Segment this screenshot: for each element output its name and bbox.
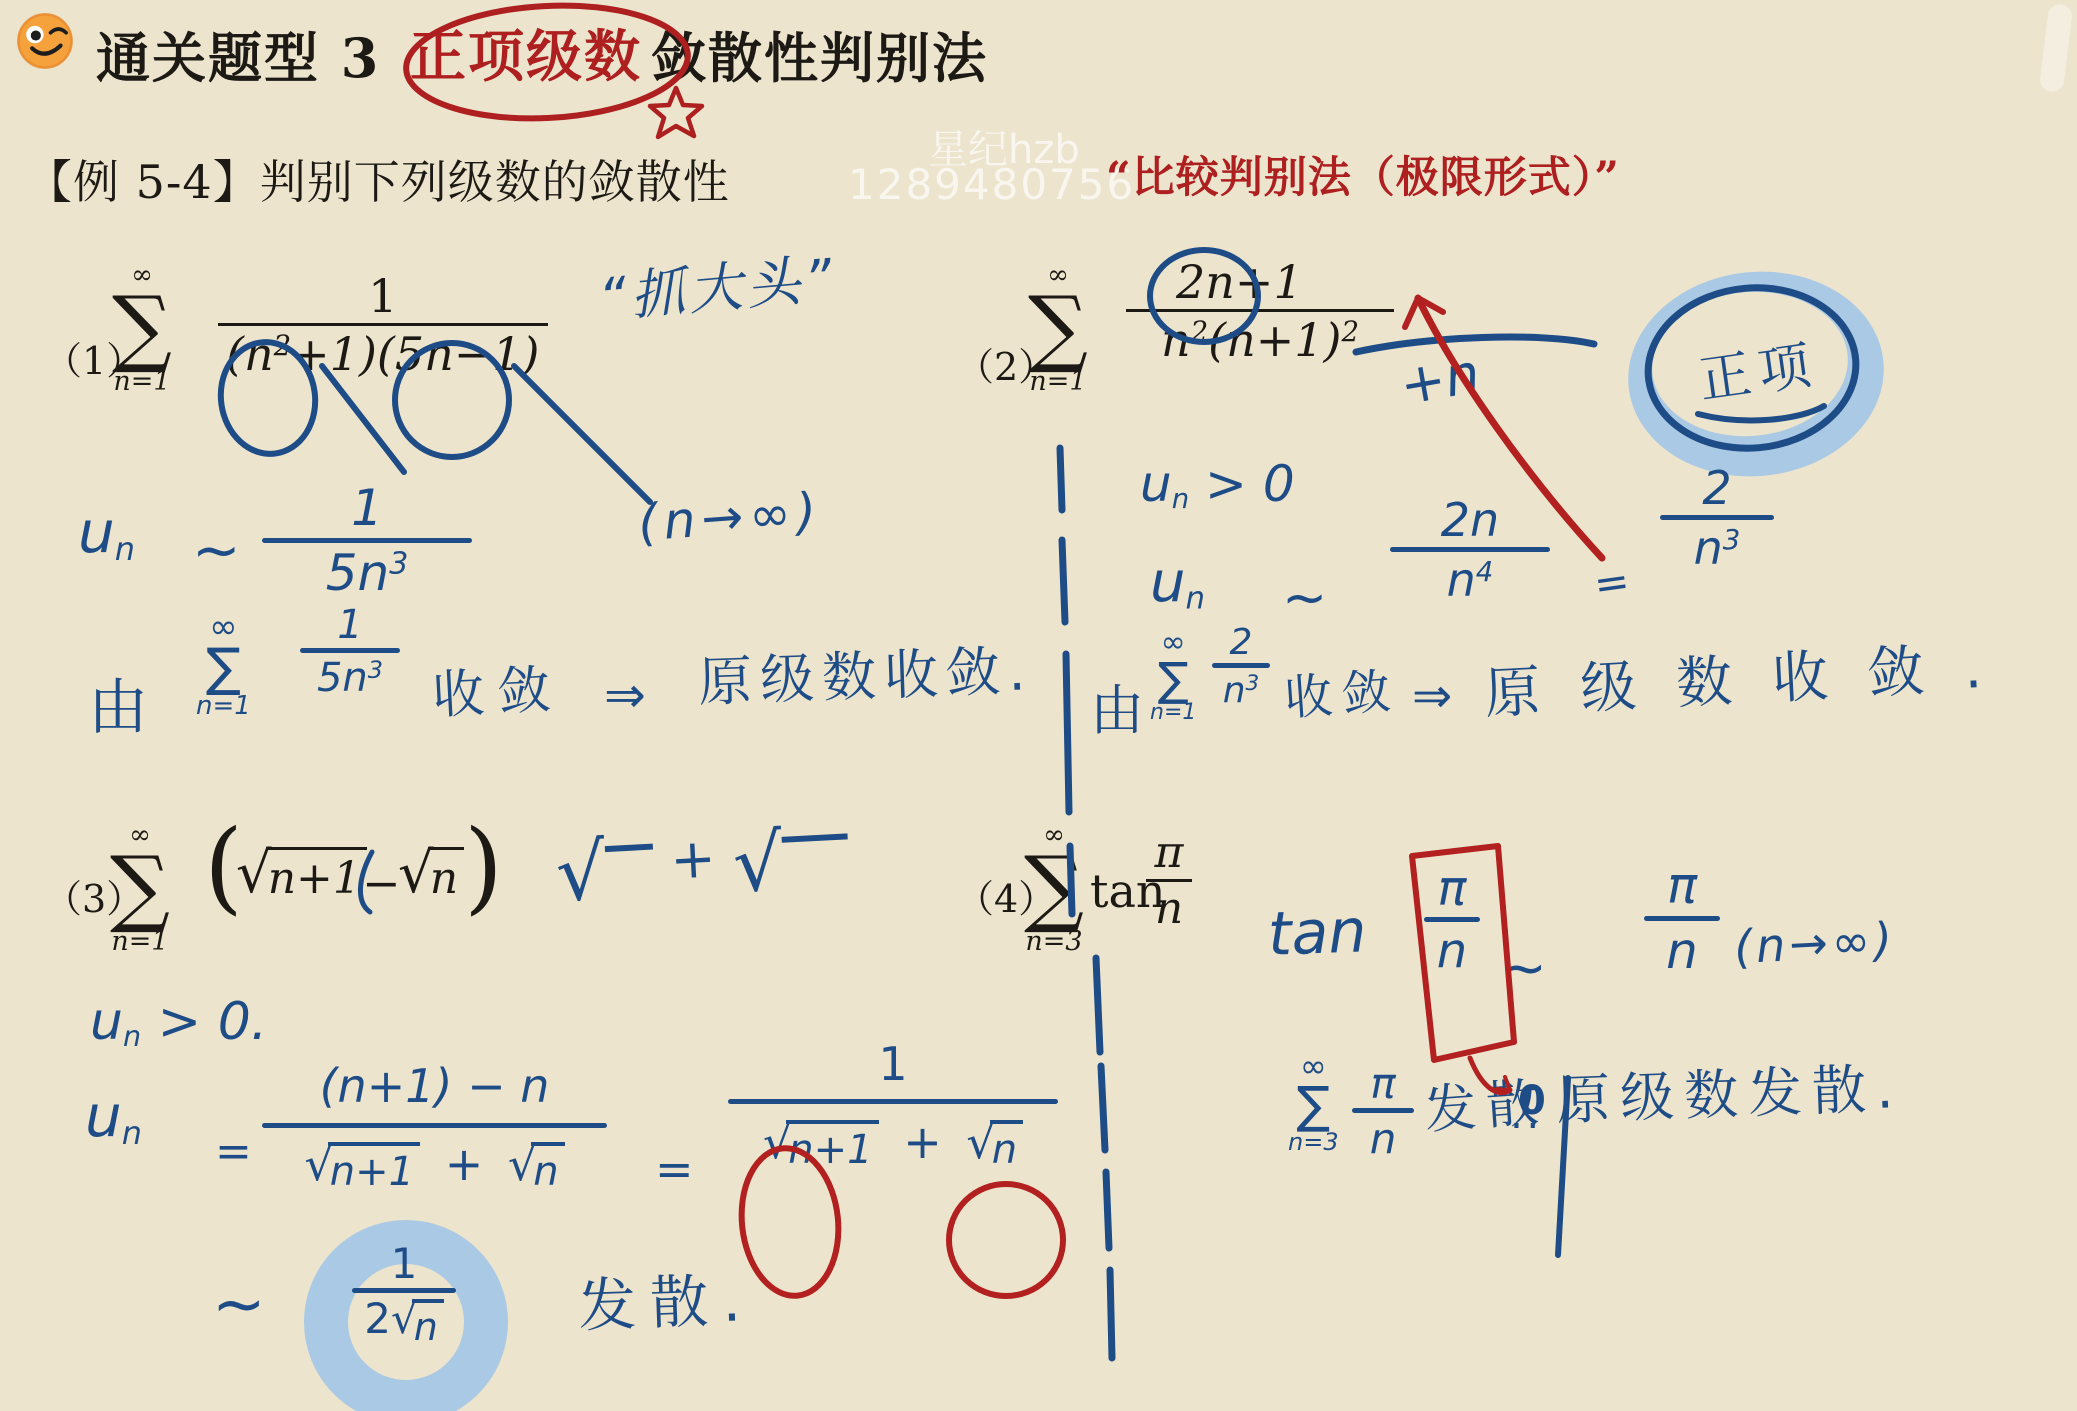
p2-work-eq: = xyxy=(1591,556,1633,609)
p1-work-sim: ~ xyxy=(192,516,241,584)
page-title-highlight: 正项级数 xyxy=(410,13,642,93)
p1-frac-den: (n2+1)(5n−1) xyxy=(218,326,548,381)
p1-concl-sum: ∞ ∑ n=1 xyxy=(196,610,251,719)
p2-conclusion-text: 原级数收敛. xyxy=(1482,622,2023,730)
p1-work-frac: 1 5n3 xyxy=(262,480,472,602)
p1-conclusion-text: 原级数收敛. xyxy=(697,628,1035,717)
p2-red-strike-arrowhead xyxy=(1405,298,1443,327)
p4-work-frac2: π n xyxy=(1644,858,1720,980)
p3-work-frac3: 1 2√n xyxy=(352,1240,456,1350)
p1-strike-minus1 xyxy=(514,366,650,502)
p3-hint-radicals: √ + √ xyxy=(554,814,851,919)
p2-frac-den: n2(n+1)2 xyxy=(1153,312,1367,367)
p3-minus: − xyxy=(362,856,401,910)
wink-emoji-icon xyxy=(12,8,78,78)
p4-concl-sum: ∞ ∑ n=3 xyxy=(1288,1050,1339,1154)
example-heading: 【例 5-4】判别下列级数的敛散性 xyxy=(26,146,730,212)
p2-work-sim: ~ xyxy=(1282,566,1327,629)
p1-sum: ∞ ∑ n=1 xyxy=(112,262,172,395)
p2-work-frac2: 2 n3 xyxy=(1660,462,1774,575)
p3-sqrt2: √ n xyxy=(398,846,464,904)
p2-concl-frac: 2 n3 xyxy=(1212,622,1270,712)
p2-frac-num: 2n+1 xyxy=(1168,256,1311,309)
p2-bubble-text: 正项 xyxy=(1693,322,1822,413)
p3-work-eq2: = xyxy=(655,1142,694,1196)
p1-frac-num: 1 xyxy=(360,270,405,323)
p3-work-eq1: = xyxy=(215,1126,252,1177)
p3-work-sim: ~ xyxy=(212,1268,266,1342)
p1-sum-sigma: ∑ xyxy=(112,288,172,368)
title-red-star-icon xyxy=(650,88,702,137)
p1-work-un: un xyxy=(78,498,135,568)
p1-concl-you: 由 xyxy=(88,660,148,746)
p3-close-paren: ) xyxy=(464,812,503,922)
p4-therefore: ∴ xyxy=(1512,1096,1537,1142)
p2-concl-converges: 收敛 xyxy=(1282,652,1403,729)
p2-concl-sum: ∞ ∑ n=1 xyxy=(1150,628,1196,724)
p3-work-un: un xyxy=(85,1082,142,1152)
lecture-slide: 通关题型 3 正项级数 敛散性判别法 【例 5-4】判别下列级数的敛散性 星纪h… xyxy=(0,0,2077,1411)
corner-logo-ghost xyxy=(2039,3,2074,93)
p4-work-tan: tan xyxy=(1267,896,1368,969)
p2-concl-implies: ⇒ xyxy=(1412,668,1452,724)
p3-work-un-positive: un > 0. xyxy=(90,992,267,1053)
p1-concl-converges: 收敛 xyxy=(430,647,566,729)
p4-concl-frac: π n xyxy=(1352,1060,1414,1164)
p3-red-circle-sqrt2 xyxy=(949,1184,1063,1296)
p3-work-frac2: 1 √n+1 + √n xyxy=(728,1038,1058,1173)
separator-dashes-bottom xyxy=(1096,958,1112,1358)
p3-sqrt1: √ n+1 xyxy=(236,846,367,904)
p4-sum: ∞ ∑ n=3 xyxy=(1024,822,1084,955)
p4-fraction: π n xyxy=(1146,828,1192,934)
p2-sum: ∞ ∑ n=1 xyxy=(1028,262,1088,395)
p1-strike-plus1 xyxy=(322,366,404,472)
p1-sum-lower: n=1 xyxy=(113,368,170,395)
p2-work-un-positive: un > 0 xyxy=(1140,455,1295,515)
p2-work-un: un xyxy=(1150,550,1205,617)
p2-work-frac1: 2n n4 xyxy=(1390,494,1550,607)
p1-hint-note: “抓大头” xyxy=(595,236,839,333)
p1-work-limit: (n→∞) xyxy=(636,482,824,553)
p3-work-frac1: (n+1) − n √n+1 + √n xyxy=(262,1060,607,1195)
p3-sum: ∞ ∑ n=1 xyxy=(110,822,170,955)
page-title-part1: 通关题型 3 xyxy=(96,16,380,93)
p1-concl-implies: ⇒ xyxy=(604,666,646,724)
p2-plus-n-annotation: +n xyxy=(1395,342,1484,418)
p4-work-sim: ~ xyxy=(1500,936,1547,1001)
p3-diverges-text: 发散. xyxy=(577,1253,756,1343)
p4-boxed-frac: π n xyxy=(1424,862,1480,979)
page-title-part2: 敛散性判别法 xyxy=(652,16,988,93)
watermark-line2: 1289480756 xyxy=(848,160,1135,209)
p4-work-limit: (n→∞) xyxy=(1733,912,1898,974)
p1-fraction: 1 (n2+1)(5n−1) xyxy=(218,270,548,381)
p2-concl-you: 由 xyxy=(1090,668,1144,745)
p4-conclusion-text: 原级数发散. xyxy=(1555,1046,1905,1135)
p2-fraction: 2n+1 n2(n+1)2 xyxy=(1126,256,1394,367)
p1-concl-frac: 1 5n3 xyxy=(300,602,400,701)
method-note: “比较判别法（极限形式）” xyxy=(1106,144,1620,205)
